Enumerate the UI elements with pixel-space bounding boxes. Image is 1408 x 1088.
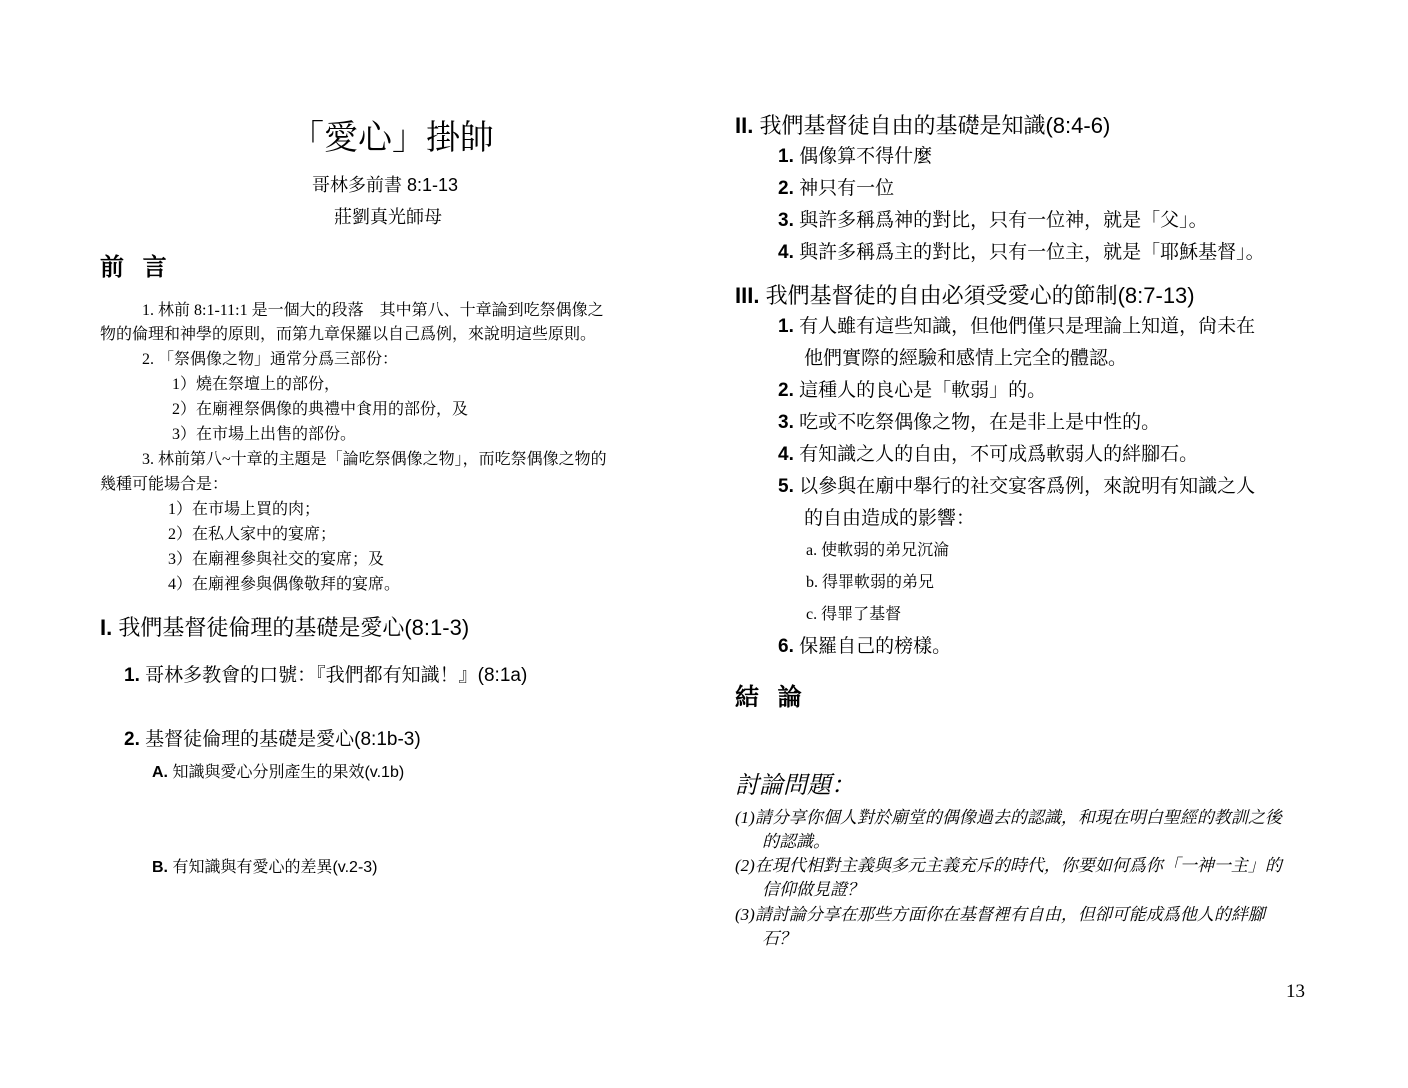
item-text: 有人雖有這些知識，但他們僅只是理論上知道，尙未在 — [799, 316, 1255, 337]
section-3-item-5-cont: 的自由造成的影響： — [804, 503, 975, 530]
item-number: 2. — [124, 729, 140, 750]
scripture-reference: 哥林多前書 8:1-13 — [312, 171, 458, 197]
intro-paragraph-3-cont: 幾種可能場合是： — [100, 471, 228, 494]
section-3-heading: III. 我們基督徒的自由必須受愛心的節制(8:7-13) — [735, 279, 1195, 310]
item-number: 1. — [124, 665, 140, 686]
item-number: A. — [152, 764, 168, 781]
list-item: 4）在廟裡參與偶像敬拜的宴席。 — [168, 571, 400, 594]
item-number: 1. — [778, 146, 794, 167]
section-3-item-6: 6. 保羅自己的榜樣。 — [778, 631, 951, 658]
discussion-question-3-cont: 石？ — [762, 924, 796, 949]
item-text: 保羅自己的榜樣。 — [799, 636, 951, 657]
intro-paragraph-1-cont: 物的倫理和神學的原則，而第九章保羅以自己爲例，來說明這些原則。 — [100, 321, 596, 344]
section-3-item-5: 5. 以參與在廟中舉行的社交宴客爲例，來說明有知識之人 — [778, 471, 1255, 498]
section-1-item-1: 1. 哥林多教會的口號：『我們都有知識！』(8:1a) — [124, 660, 527, 687]
intro-heading: 前 言 — [100, 247, 173, 282]
section-3-item-3: 3. 吃或不吃祭偶像之物，在是非上是中性的。 — [778, 407, 1160, 434]
item-number: 2. — [778, 178, 794, 199]
section-2-item: 1. 偶像算不得什麼 — [778, 141, 932, 168]
discussion-title: 討論問題： — [735, 765, 855, 800]
item-number: 4. — [778, 242, 794, 263]
section-number: III. — [735, 283, 759, 308]
item-number: 5. — [778, 476, 794, 497]
section-2-item: 3. 與許多稱爲神的對比，只有一位神，就是「父」。 — [778, 205, 1208, 232]
section-3-item-1-cont: 他們實際的經驗和感情上完全的體認。 — [804, 343, 1127, 370]
item-text: 以參與在廟中舉行的社交宴客爲例，來說明有知識之人 — [799, 476, 1255, 497]
item-text: 這種人的良心是「軟弱」的。 — [799, 380, 1046, 401]
section-2-item: 4. 與許多稱爲主的對比，只有一位主，就是「耶穌基督」。 — [778, 237, 1265, 264]
discussion-question-2: (2)在現代相對主義與多元主義充斥的時代，你要如何爲你「一神一主」的 — [735, 851, 1282, 876]
item-number: 1. — [778, 316, 794, 337]
section-title: 我們基督徒自由的基礎是知識(8:4-6) — [759, 113, 1110, 138]
section-number: II. — [735, 113, 753, 138]
item-number: 4. — [778, 444, 794, 465]
item-text: 神只有一位 — [799, 178, 894, 199]
section-3-item-4: 4. 有知識之人的自由，不可成爲軟弱人的絆腳石。 — [778, 439, 1198, 466]
section-1-heading: I. 我們基督徒倫理的基礎是愛心(8:1-3) — [100, 611, 469, 642]
item-text: 有知識之人的自由，不可成爲軟弱人的絆腳石。 — [799, 444, 1198, 465]
item-number: 2. — [778, 380, 794, 401]
list-item: 3）在廟裡參與社交的宴席；及 — [168, 546, 384, 569]
list-item: 3）在市場上出售的部份。 — [172, 421, 356, 444]
item-number: 3. — [778, 210, 794, 231]
list-item: 2）在廟裡祭偶像的典禮中食用的部份，及 — [172, 396, 468, 419]
discussion-question-1-cont: 的認識。 — [762, 827, 830, 852]
intro-paragraph-2: 2. 「祭偶像之物」通常分爲三部份： — [142, 346, 398, 369]
item-text: 知識與愛心分別產生的果效(v.1b) — [172, 764, 404, 781]
section-1-sub-b: B. 有知識與有愛心的差異(v.2-3) — [152, 854, 378, 877]
item-text: 偶像算不得什麼 — [799, 146, 932, 167]
section-title: 我們基督徒倫理的基礎是愛心(8:1-3) — [118, 615, 469, 640]
item-number: 3. — [778, 412, 794, 433]
section-2-item: 2. 神只有一位 — [778, 173, 894, 200]
section-1-item-2: 2. 基督徒倫理的基礎是愛心(8:1b-3) — [124, 724, 421, 751]
intro-paragraph-3: 3. 林前第八~十章的主題是「論吃祭偶像之物」，而吃祭偶像之物的 — [142, 446, 607, 469]
discussion-question-3: (3)請討論分享在那些方面你在基督裡有自由，但卻可能成爲他人的絆腳 — [735, 900, 1265, 925]
item-text: 與許多稱爲主的對比，只有一位主，就是「耶穌基督」。 — [799, 242, 1265, 263]
item-text: 基督徒倫理的基礎是愛心(8:1b-3) — [145, 729, 421, 750]
section-3-item-2: 2. 這種人的良心是「軟弱」的。 — [778, 375, 1046, 402]
section-title: 我們基督徒的自由必須受愛心的節制(8:7-13) — [766, 283, 1195, 308]
sub-list-item: a. 使軟弱的弟兄沉淪 — [806, 537, 949, 560]
item-text: 吃或不吃祭偶像之物，在是非上是中性的。 — [799, 412, 1160, 433]
item-number: B. — [152, 859, 168, 876]
list-item: 1）在市場上買的肉； — [168, 496, 320, 519]
item-number: 6. — [778, 636, 794, 657]
intro-paragraph-1: 1. 林前 8:1-11:1 是一個大的段落 其中第八、十章論到吃祭偶像之 — [142, 297, 604, 320]
item-text: 哥林多教會的口號：『我們都有知識！』(8:1a) — [145, 665, 527, 686]
page-number: 13 — [1286, 981, 1305, 1003]
section-1-sub-a: A. 知識與愛心分別產生的果效(v.1b) — [152, 759, 404, 782]
conclusion-heading: 結 論 — [735, 677, 808, 712]
list-item: 1）燒在祭壇上的部份， — [172, 371, 340, 394]
item-text: 有知識與有愛心的差異(v.2-3) — [172, 859, 377, 876]
page-title: 「愛心」掛帥 — [290, 110, 494, 159]
item-text: 與許多稱爲神的對比，只有一位神，就是「父」。 — [799, 210, 1208, 231]
sub-list-item: c. 得罪了基督 — [806, 601, 901, 624]
section-number: I. — [100, 615, 112, 640]
section-3-item-1: 1. 有人雖有這些知識，但他們僅只是理論上知道，尙未在 — [778, 311, 1255, 338]
discussion-question-1: (1)請分享你個人對於廟堂的偶像過去的認識，和現在明白聖經的教訓之後 — [735, 803, 1282, 828]
author: 莊劉真光師母 — [334, 203, 442, 229]
section-2-heading: II. 我們基督徒自由的基礎是知識(8:4-6) — [735, 109, 1110, 140]
discussion-question-2-cont: 信仰做見證？ — [762, 875, 864, 900]
list-item: 2）在私人家中的宴席； — [168, 521, 336, 544]
sub-list-item: b. 得罪軟弱的弟兄 — [806, 569, 934, 592]
